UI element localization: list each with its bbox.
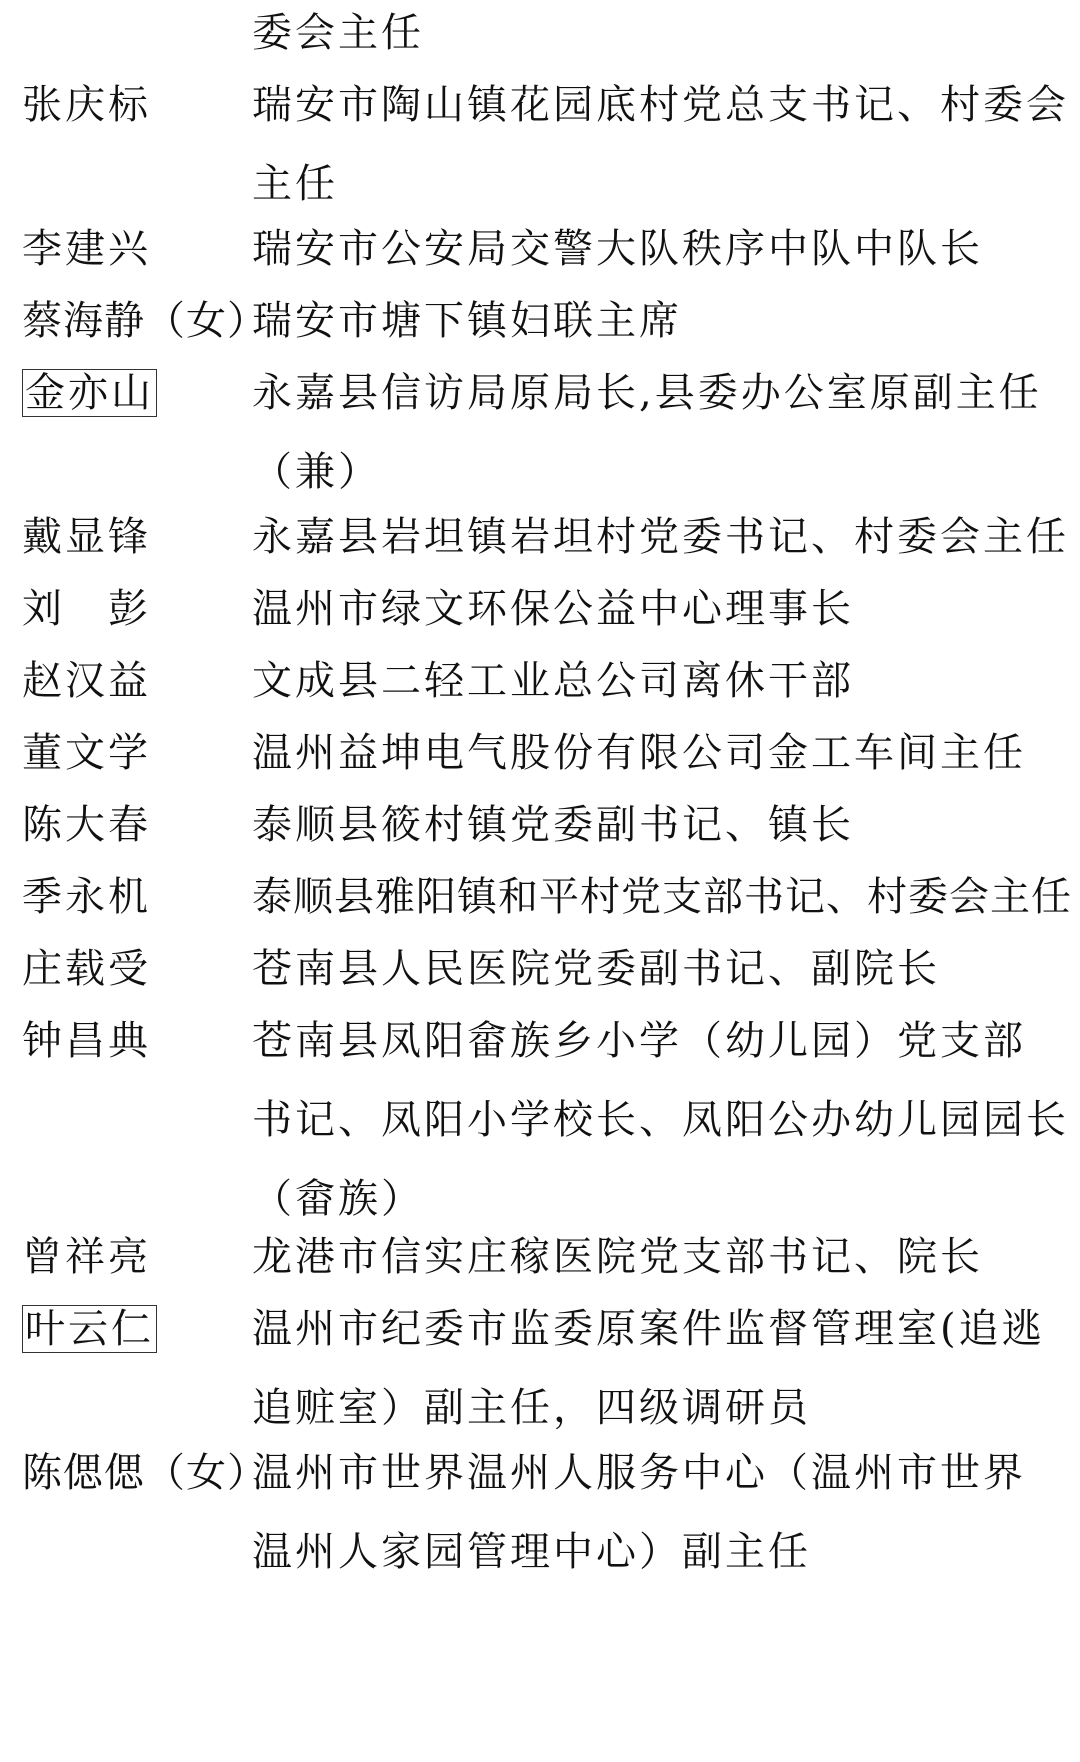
description-line: 瑞安市陶山镇花园底村党总支书记、村委会 <box>252 66 972 145</box>
description-line: 泰顺县筱村镇党委副书记、镇长 <box>252 786 972 865</box>
entry-description: 温州市绿文环保公益中心理事长 <box>252 570 972 649</box>
name-box: 叶云仁 <box>22 1305 157 1353</box>
entry-description: 苍南县人民医院党委副书记、副院长 <box>252 930 972 1009</box>
entry-description: 温州益坤电气股份有限公司金工车间主任 <box>252 714 972 793</box>
person-name-boxed: 叶云仁 <box>22 1290 157 1369</box>
description-line: 瑞安市塘下镇妇联主席 <box>252 282 972 361</box>
description-line: 书记、凤阳小学校长、凤阳公办幼儿园园长 <box>252 1081 972 1160</box>
person-name: 董文学 <box>22 714 151 793</box>
entry-description: 龙港市信实庄稼医院党支部书记、院长 <box>252 1218 972 1297</box>
description-line: 泰顺县雅阳镇和平村党支部书记、村委会主任 <box>252 858 972 937</box>
entry-description: 永嘉县岩坦镇岩坦村党委书记、村委会主任 <box>252 498 972 577</box>
description-line: 文成县二轻工业总公司离休干部 <box>252 642 972 721</box>
person-name: 戴显锋 <box>22 498 151 577</box>
description-line: 温州市绿文环保公益中心理事长 <box>252 570 972 649</box>
person-name: 曾祥亮 <box>22 1218 151 1297</box>
entry-description: 苍南县凤阳畲族乡小学（幼儿园）党支部 书记、凤阳小学校长、凤阳公办幼儿园园长 （… <box>252 1002 972 1239</box>
description-line: 温州人家园管理中心）副主任 <box>252 1513 972 1592</box>
person-name-boxed: 金亦山 <box>22 354 157 433</box>
description-line: 温州市纪委市监委原案件监督管理室(追逃 <box>252 1290 972 1369</box>
person-name: 陈大春 <box>22 786 151 865</box>
person-name: 陈偲偲（女） <box>22 1434 268 1513</box>
entry-description: 泰顺县筱村镇党委副书记、镇长 <box>252 786 972 865</box>
description-line: 委会主任 <box>252 0 972 73</box>
person-name: 庄载受 <box>22 930 151 1009</box>
person-name: 蔡海静（女） <box>22 282 268 361</box>
person-name: 赵汉益 <box>22 642 151 721</box>
person-name: 李建兴 <box>22 210 151 289</box>
entry-description: 温州市纪委市监委原案件监督管理室(追逃 追赃室）副主任，四级调研员 <box>252 1290 972 1448</box>
entry-description: 温州市世界温州人服务中心（温州市世界 温州人家园管理中心）副主任 <box>252 1434 972 1592</box>
name-box: 金亦山 <box>22 369 157 417</box>
description-line: 永嘉县岩坦镇岩坦村党委书记、村委会主任 <box>252 498 972 577</box>
description-line: 温州益坤电气股份有限公司金工车间主任 <box>252 714 972 793</box>
entry-description: 瑞安市公安局交警大队秩序中队中队长 <box>252 210 972 289</box>
entry-description: 瑞安市塘下镇妇联主席 <box>252 282 972 361</box>
description-line: 永嘉县信访局原局长,县委办公室原副主任 <box>252 354 972 433</box>
person-name: 张庆标 <box>22 66 151 145</box>
person-name: 钟昌典 <box>22 1002 151 1081</box>
person-name: 刘 彭 <box>22 570 151 649</box>
person-name: 季永机 <box>22 858 151 937</box>
description-line: 苍南县凤阳畲族乡小学（幼儿园）党支部 <box>252 1002 972 1081</box>
entry-description: 泰顺县雅阳镇和平村党支部书记、村委会主任 <box>252 858 972 937</box>
entry-description: 永嘉县信访局原局长,县委办公室原副主任 （兼） <box>252 354 972 512</box>
description-line: 龙港市信实庄稼医院党支部书记、院长 <box>252 1218 972 1297</box>
entry-description: 瑞安市陶山镇花园底村党总支书记、村委会 主任 <box>252 66 972 224</box>
entry-description: 委会主任 <box>252 0 972 73</box>
description-line: 温州市世界温州人服务中心（温州市世界 <box>252 1434 972 1513</box>
description-line: 瑞安市公安局交警大队秩序中队中队长 <box>252 210 972 289</box>
entry-description: 文成县二轻工业总公司离休干部 <box>252 642 972 721</box>
description-line: 苍南县人民医院党委副书记、副院长 <box>252 930 972 1009</box>
